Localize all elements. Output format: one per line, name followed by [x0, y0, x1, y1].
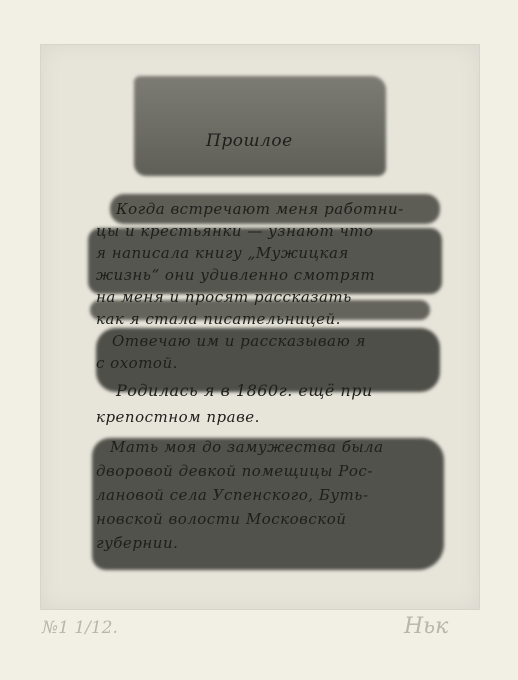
- text-line: Когда встречают меня работни-: [116, 198, 404, 220]
- text-line: я написала книгу „Мужицкая: [96, 242, 349, 264]
- title-ink-block: [134, 76, 386, 176]
- artist-signature: Ньк: [404, 614, 448, 639]
- text-line: жизнь“ они удивленно смотрят: [96, 264, 375, 286]
- text-line: новской волости Московской: [96, 508, 346, 530]
- text-line: Родилась я в 1860г. ещё при: [116, 380, 373, 402]
- artwork-title: Прошлое: [206, 130, 293, 152]
- text-line: с охотой.: [96, 352, 178, 374]
- text-line: цы и крестьянки — узнают что: [96, 220, 374, 242]
- text-line: как я стала писательницей.: [96, 308, 341, 330]
- text-line: Мать моя до замужества была: [110, 436, 384, 458]
- text-line: крепостном праве.: [96, 406, 260, 428]
- text-line: лановой села Успенского, Буть-: [96, 484, 369, 506]
- edition-number: №1 1/12.: [42, 618, 118, 638]
- text-line: губернии.: [96, 532, 178, 554]
- text-line: дворовой девкой помещицы Рос-: [96, 460, 373, 482]
- text-line: Отвечаю им и рассказываю я: [112, 330, 366, 352]
- text-line: на меня и просят рассказать: [96, 286, 352, 308]
